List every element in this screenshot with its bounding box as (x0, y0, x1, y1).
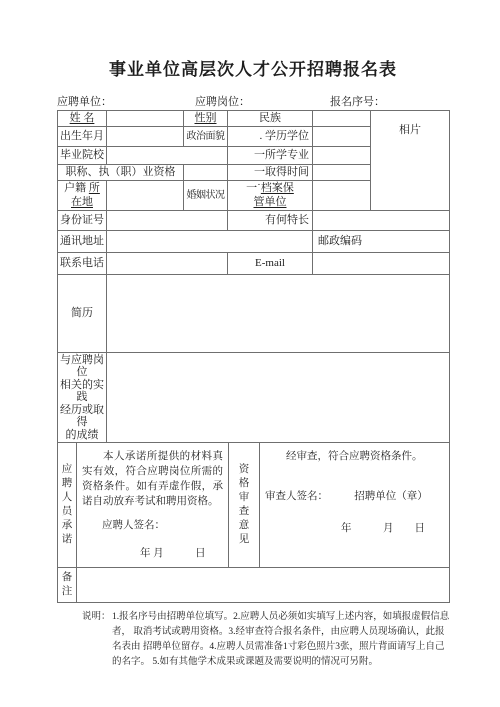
label-name: 姓 名 (58, 111, 107, 127)
label-review-opinion: 资格审查意见 (229, 443, 260, 568)
input-address-field (107, 230, 313, 252)
label-degree: . 学历学位 (228, 127, 313, 147)
document-page: 事业单位高层次人才公开招聘报名表 应聘单位： 应聘岗位： 报名序号： 姓 名 性… (0, 0, 500, 707)
applicant-info-table: 姓 名 性别 民族 相片 出生年月 政治面貌 . 学历学位 毕业院校 一所学专业… (57, 110, 450, 443)
label-birth-date: 出生年月 (58, 127, 107, 147)
label-resume: 简历 (58, 274, 107, 352)
input-major-field (313, 147, 371, 165)
instructions-label: 说明： (82, 610, 112, 670)
review-content: 经审查，符合应聘资格条件。 审查人签名： 招聘单位（章） 年 月 日 (260, 443, 450, 568)
input-resume-field (107, 274, 450, 352)
commitment-review-table: 应聘人员承诺 本人承诺所提供的材料真实有效，符合应聘岗位所需的资格条件。如有弄虚… (57, 442, 450, 603)
review-date: 年 月 日 (341, 521, 444, 536)
commitment-date: 年 月 日 (140, 546, 223, 561)
applicant-sign-label: 应聘人签名： (102, 518, 223, 533)
input-school-field (107, 147, 228, 165)
input-qualification-field (184, 165, 228, 181)
header-fields: 应聘单位： 应聘岗位： 报名序号： (57, 93, 449, 108)
label-address: 通讯地址 (58, 230, 107, 252)
label-specialty: 有何特长 (228, 210, 313, 230)
commitment-text: 本人承诺所提供的材料真实有效，符合应聘岗位所需的资格条件。如有弄虚作假，承诺自动… (82, 449, 223, 509)
instructions-section: 说明： 1.报名序号由招聘单位填写。2.应聘人员必须如实填写上述内容，如填报虚假… (82, 610, 449, 670)
reviewer-sign-line: 审查人签名： 招聘单位（章） (265, 489, 444, 504)
commitment-content: 本人承诺所提供的材料真实有效，符合应聘岗位所需的资格条件。如有弄虚作假，承诺自动… (77, 443, 229, 568)
label-phone: 联系电话 (58, 252, 107, 274)
label-residence: 户籍 所在地 (58, 181, 107, 210)
label-applicant-commitment: 应聘人员承诺 (58, 443, 77, 568)
input-obtain-time-field (313, 165, 371, 181)
review-text: 经审查，符合应聘资格条件。 (265, 449, 444, 464)
input-birth-date-field (107, 127, 184, 147)
label-qualification: 职称、执（职）业资格 (58, 165, 184, 181)
input-experience-field (107, 352, 450, 443)
label-obtain-time: 一取得时间 (228, 165, 313, 181)
label-gender: 性别 (184, 111, 228, 127)
label-postcode: 邮政编码 (313, 230, 450, 252)
input-remarks-field (77, 568, 450, 603)
field-serial-label: 报名序号： (330, 93, 449, 108)
label-archive-unit: 一˙档案保 管单位 (228, 181, 313, 210)
label-remarks: 备注 (58, 568, 77, 603)
input-email-field (313, 252, 450, 274)
label-ethnicity: 民族 (228, 111, 313, 127)
input-archive-unit-field (313, 181, 371, 210)
input-ethnicity-field (313, 111, 371, 127)
field-unit-label: 应聘单位： (57, 93, 195, 108)
label-major: 一所学专业 (228, 147, 313, 165)
input-degree-field (313, 127, 371, 147)
label-email: E-mail (228, 252, 313, 274)
input-id-number-field (107, 210, 228, 230)
label-school: 毕业院校 (58, 147, 107, 165)
label-experience: 与应聘岗位 相关的实践 经历或取得 的成绩 (58, 352, 107, 443)
field-position-label: 应聘岗位： (195, 93, 330, 108)
input-phone-field (107, 252, 228, 274)
instructions-text: 1.报名序号由招聘单位填写。2.应聘人员必须如实填写上述内容，如填报虚假信息 者… (112, 610, 449, 670)
label-marital-status: 婚姻状况 (184, 181, 228, 210)
label-id-number: 身份证号 (58, 210, 107, 230)
photo-area: 相片 (371, 111, 450, 211)
page-title: 事业单位高层次人才公开招聘报名表 (57, 55, 449, 80)
input-residence-field (107, 181, 184, 210)
input-specialty-field (313, 210, 450, 230)
label-political-status: 政治面貌 (184, 127, 228, 147)
input-name-field (107, 111, 184, 127)
